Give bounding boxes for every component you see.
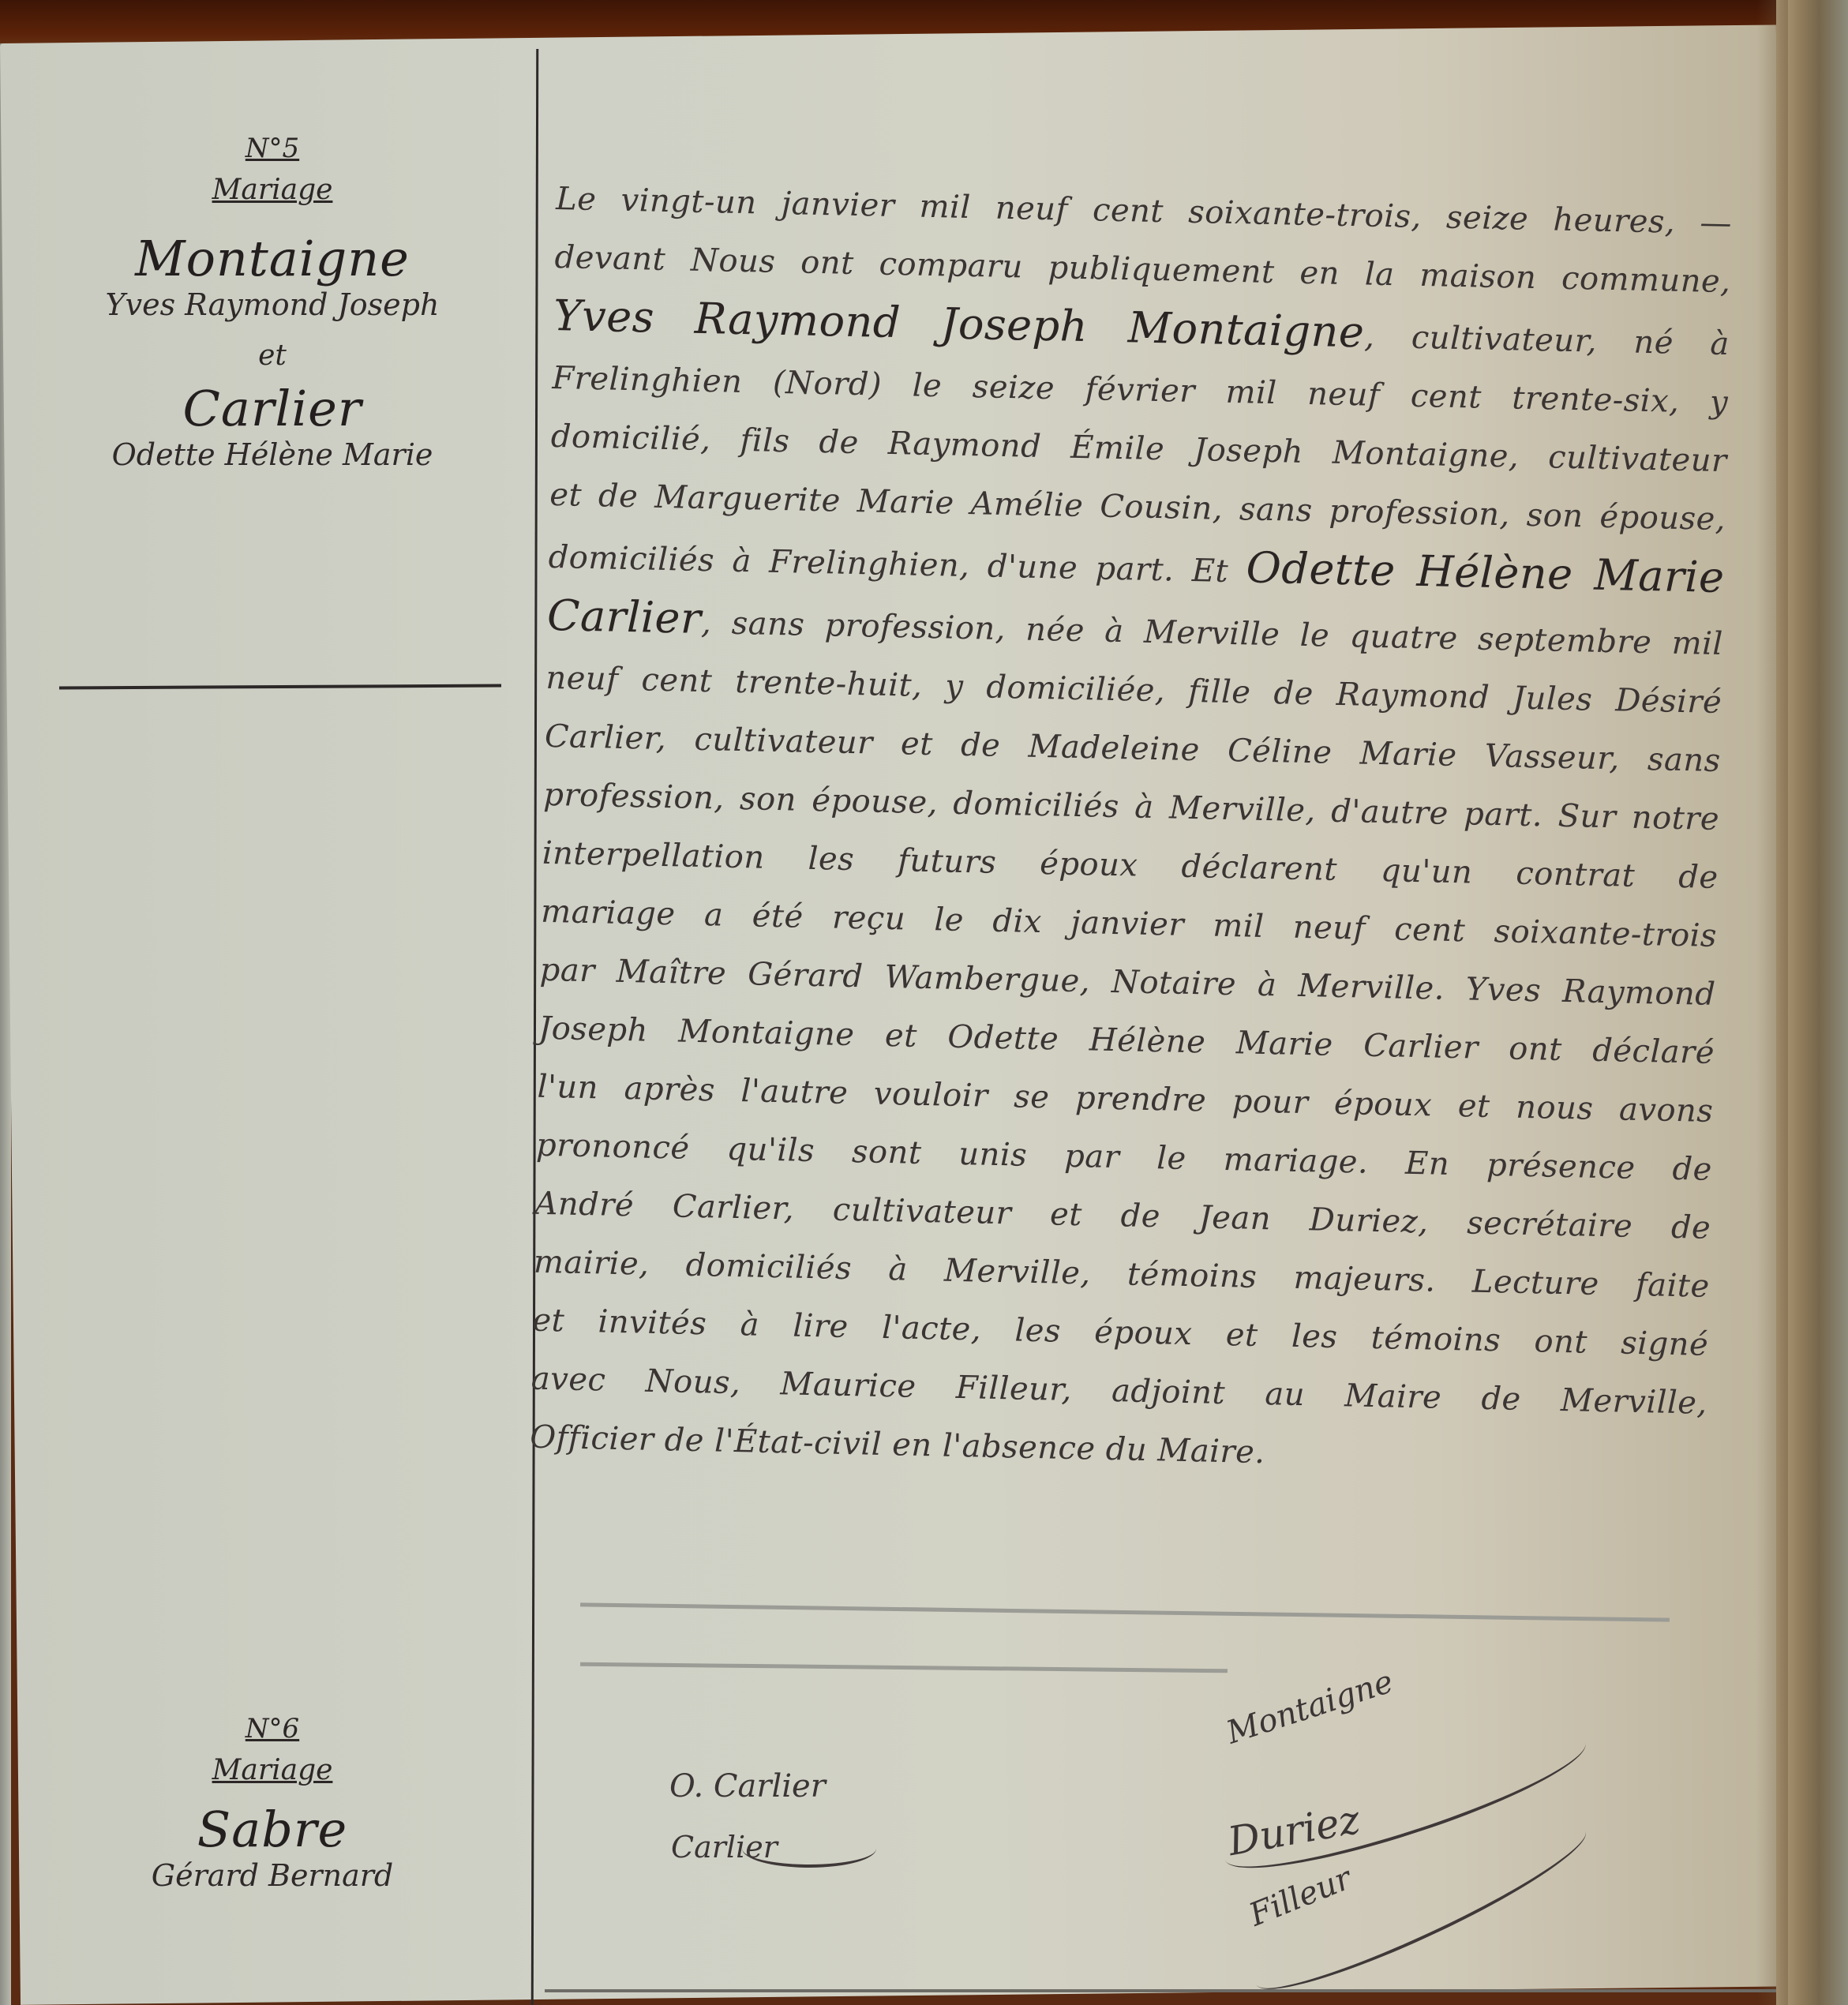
act-text: , sans profession, née à Merville le qua… [701, 605, 1724, 662]
signature-flourish [742, 1830, 876, 1868]
party-full-name: Odette Hélène Marie [1246, 542, 1725, 602]
entry-divider [59, 684, 501, 690]
groom-surname: Sabre [16, 1801, 529, 1858]
conjunction: et [16, 339, 529, 372]
groom-given-names: Gérard Bernard [16, 1858, 529, 1893]
entry-kind: Mariage [16, 174, 529, 206]
entry-number: N°5 [16, 133, 529, 164]
page-shadow [1756, 0, 1788, 2005]
margin-column: N°5 Mariage Montaigne Yves Raymond Josep… [16, 47, 529, 1997]
groom-surname: Montaigne [16, 230, 529, 287]
groom-given-names: Yves Raymond Joseph [16, 287, 529, 322]
entry-number: N°6 [16, 1713, 529, 1745]
entry-kind: Mariage [16, 1754, 529, 1786]
act-text: , cultivateur, né à [1364, 318, 1730, 362]
act-text: domiciliés à Frelinghien, d'une part. Et [548, 539, 1246, 590]
bride-surname: Carlier [16, 380, 529, 437]
signature-bride: O. Carlier [669, 1768, 826, 1804]
margin-entry-5: N°5 Mariage Montaigne Yves Raymond Josep… [16, 133, 529, 472]
bottom-rule [545, 1989, 1776, 1992]
bride-given-names: Odette Hélène Marie [16, 437, 529, 472]
marriage-act-text: Le vingt-un janvier mil neuf cent soixan… [530, 170, 1749, 1491]
party-full-name: Yves Raymond Joseph Montaigne [553, 290, 1365, 358]
margin-entry-6: N°6 Mariage Sabre Gérard Bernard [16, 1713, 529, 1893]
party-full-name: Carlier [547, 590, 702, 643]
